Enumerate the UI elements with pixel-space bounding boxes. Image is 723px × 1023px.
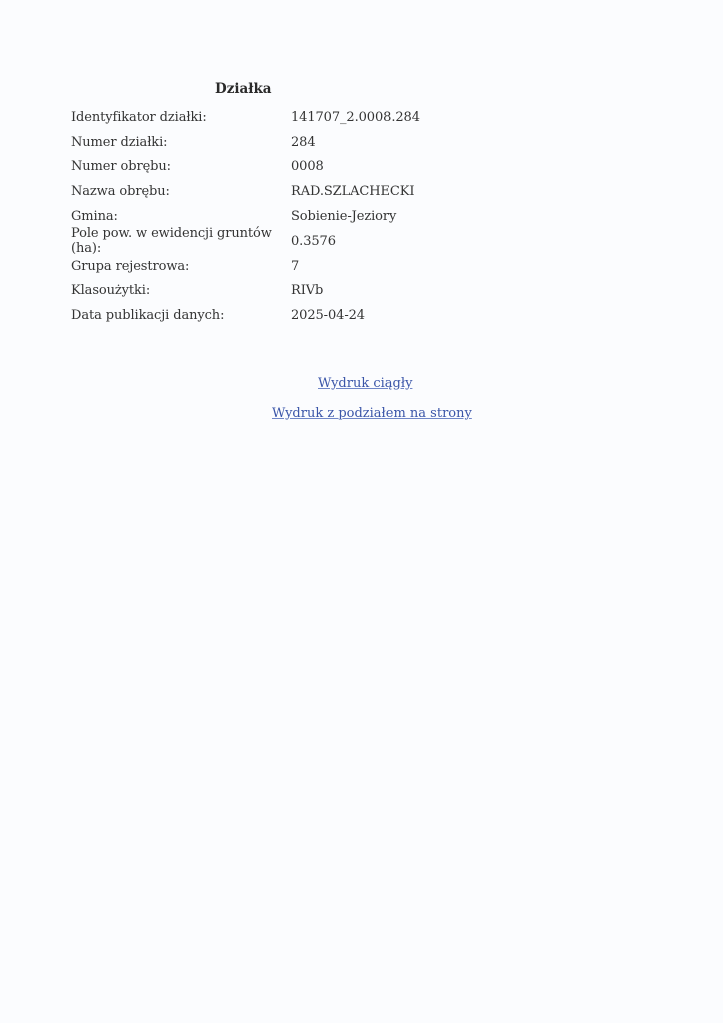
value-precinct-name: RAD.SZLACHECKI [291, 184, 414, 199]
value-register-group: 7 [291, 259, 299, 274]
label-register-group: Grupa rejestrowa: [71, 259, 291, 274]
row-parcel-number: Numer działki: 284 [71, 130, 420, 155]
row-area: Pole pow. w ewidencji gruntów (ha): 0.35… [71, 229, 420, 254]
value-precinct-number: 0008 [291, 159, 324, 174]
value-municipality: Sobienie-Jeziory [291, 209, 396, 224]
label-municipality: Gmina: [71, 209, 291, 224]
paged-print-link[interactable]: Wydruk z podziałem na strony [272, 406, 472, 421]
value-publication-date: 2025-04-24 [291, 308, 365, 323]
section-heading: Działka [215, 81, 272, 97]
label-precinct-name: Nazwa obrębu: [71, 184, 291, 199]
label-land-class: Klasoużytki: [71, 283, 291, 298]
row-precinct-name: Nazwa obrębu: RAD.SZLACHECKI [71, 179, 420, 204]
row-precinct-number: Numer obrębu: 0008 [71, 155, 420, 180]
row-parcel-id: Identyfikator działki: 141707_2.0008.284 [71, 105, 420, 130]
label-parcel-number: Numer działki: [71, 135, 291, 150]
value-area: 0.3576 [291, 234, 336, 249]
continuous-print-link[interactable]: Wydruk ciągły [318, 376, 412, 391]
parcel-details-table: Identyfikator działki: 141707_2.0008.284… [71, 105, 420, 328]
value-parcel-id: 141707_2.0008.284 [291, 110, 420, 125]
row-publication-date: Data publikacji danych: 2025-04-24 [71, 303, 420, 328]
row-register-group: Grupa rejestrowa: 7 [71, 254, 420, 279]
label-precinct-number: Numer obrębu: [71, 159, 291, 174]
row-land-class: Klasoużytki: RIVb [71, 279, 420, 304]
label-area: Pole pow. w ewidencji gruntów (ha): [71, 226, 291, 256]
label-publication-date: Data publikacji danych: [71, 308, 291, 323]
value-parcel-number: 284 [291, 135, 316, 150]
value-land-class: RIVb [291, 283, 323, 298]
row-municipality: Gmina: Sobienie-Jeziory [71, 204, 420, 229]
label-parcel-id: Identyfikator działki: [71, 110, 291, 125]
print-links: Wydruk ciągły Wydruk z podziałem na stro… [0, 376, 723, 421]
